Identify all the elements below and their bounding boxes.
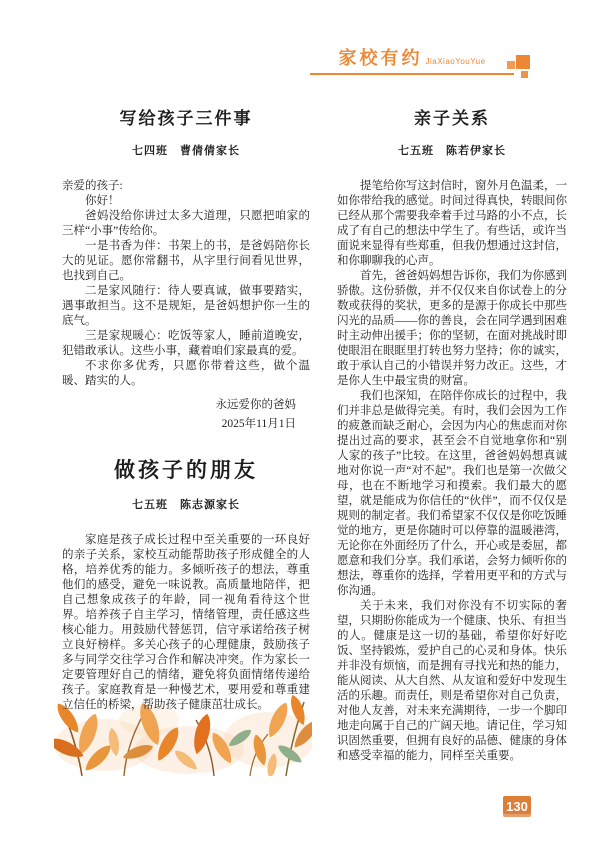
paragraph: 你好！ xyxy=(62,194,310,209)
left-column: 写给孩子三件事 七四班 曹倩倩家长 亲爱的孩子: 你好！ 爸妈没给你讲过太多大道… xyxy=(62,100,310,713)
article-byline: 七五班 陈志源家长 xyxy=(62,496,310,512)
decor-square-small xyxy=(507,61,515,69)
paragraph: 家庭是孩子成长过程中至关重要的一环良好的亲子关系，家校互动能帮助孩子形成健全的人… xyxy=(62,533,310,713)
article-byline: 七四班 曹倩倩家长 xyxy=(62,142,310,158)
right-column: 亲子关系 七五班 陈若伊家长 提笔给你写这封信时，窗外月色温柔，一如你带给我的感… xyxy=(337,100,567,764)
paragraph: 我们也深知，在陪伴你成长的过程中，我们并非总是做得完美。有时，我们会因为工作的疲… xyxy=(337,389,567,599)
salutation: 亲爱的孩子: xyxy=(62,179,310,194)
page-number-badge: 130 xyxy=(503,796,531,817)
article-body: 提笔给你写这封信时，窗外月色温柔，一如你带给我的感觉。时间过得真快，转眼间你已经… xyxy=(337,179,567,764)
article-be-childs-friend: 做孩子的朋友 七五班 陈志源家长 家庭是孩子成长过程中至关重要的一环良好的亲子关… xyxy=(62,454,310,713)
decor-square-large xyxy=(516,55,530,69)
paragraph: 二是家风随行：待人要真诚，做事要踏实，遇事敢担当。这不是规矩，是爸妈想护你一生的… xyxy=(62,284,310,329)
article-letter-to-child: 写给孩子三件事 七四班 曹倩倩家长 亲爱的孩子: 你好！ 爸妈没给你讲过太多大道… xyxy=(62,104,310,434)
article-body: 家庭是孩子成长过程中至关重要的一环良好的亲子关系，家校互动能帮助孩子形成健全的人… xyxy=(62,533,310,713)
article-title: 做孩子的朋友 xyxy=(62,454,310,484)
magazine-page: 家校有约JiaXiaoYouYue 写给孩子三件事 七四班 曹倩倩家长 亲爱的孩… xyxy=(0,0,600,849)
paragraph: 爸妈没给你讲过太多大道理，只愿把咱家的三样“小事”传给你。 xyxy=(62,209,310,239)
paragraph: 提笔给你写这封信时，窗外月色温柔，一如你带给我的感觉。时间过得真快，转眼间你已经… xyxy=(337,179,567,269)
section-title: 家校有约 xyxy=(338,48,422,68)
article-parent-child-relationship: 亲子关系 七五班 陈若伊家长 提笔给你写这封信时，窗外月色温柔，一如你带给我的感… xyxy=(337,104,567,764)
article-title: 亲子关系 xyxy=(337,104,567,129)
pixel-squares-decoration xyxy=(505,53,535,81)
section-subtitle-pinyin: JiaXiaoYouYue xyxy=(425,57,485,66)
letter-signature: 永远爱你的爸妈 2025年11月1日 xyxy=(62,396,310,434)
signature-date: 2025年11月1日 xyxy=(62,415,296,434)
page-header: 家校有约JiaXiaoYouYue xyxy=(310,44,514,75)
signature-name: 永远爱你的爸妈 xyxy=(62,396,296,415)
paragraph: 不求你多优秀，只愿你带着这些，做个温暖、踏实的人。 xyxy=(62,359,310,389)
decor-square-tiny xyxy=(521,71,528,78)
article-body: 亲爱的孩子: 你好！ 爸妈没给你讲过太多大道理，只愿把咱家的三样“小事”传给你。… xyxy=(62,179,310,389)
paragraph: 关于未来，我们对你没有不切实际的奢望，只期盼你能成为一个健康、快乐、有担当的人。… xyxy=(337,599,567,764)
article-byline: 七五班 陈若伊家长 xyxy=(337,142,567,158)
paragraph: 一是书香为伴：书架上的书，是爸妈陪你长大的见证。愿你常翻书，从字里行间看见世界，… xyxy=(62,239,310,284)
paragraph: 三是家规暖心：吃饭等家人，睡前道晚安，犯错敢承认。这些小事，藏着咱们家最真的爱。 xyxy=(62,329,310,359)
article-title: 写给孩子三件事 xyxy=(62,104,310,129)
paragraph: 首先，爸爸妈妈想告诉你，我们为你感到骄傲。这份骄傲，并不仅仅来自你试卷上的分数或… xyxy=(337,269,567,389)
